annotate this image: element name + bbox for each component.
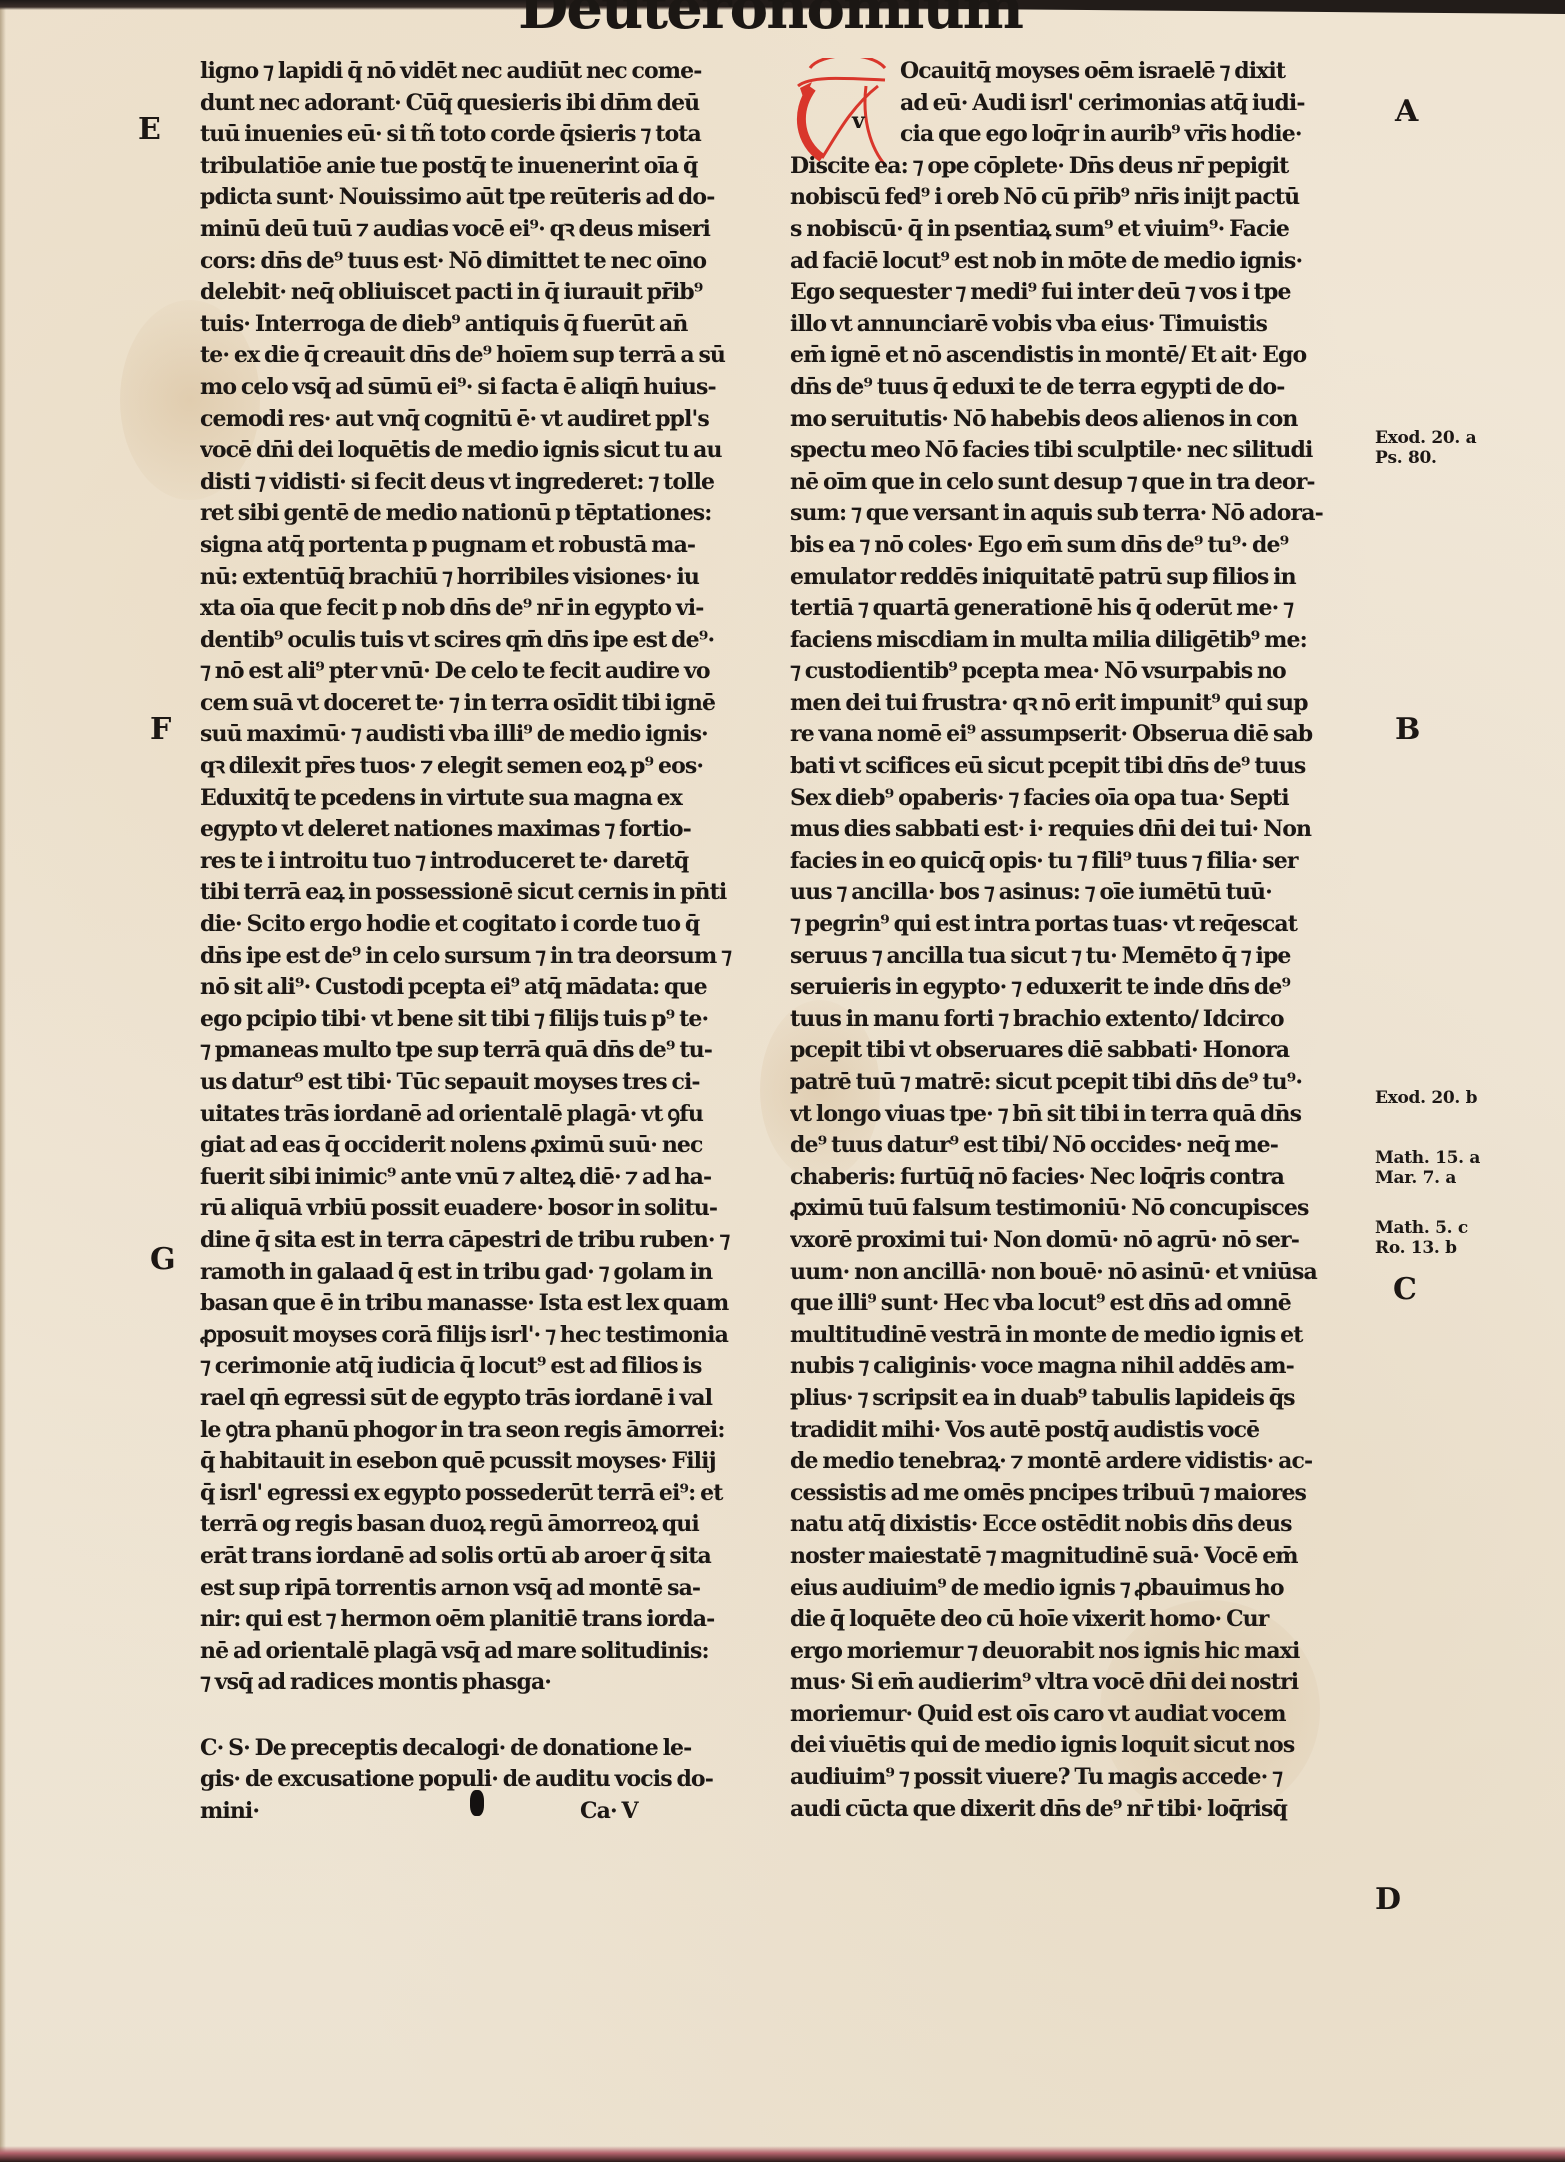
text-line: ret sibi gentē de medio nationū p tēptat… <box>200 498 765 530</box>
text-line: disti ⁊ vidisti· si fecit deus vt ingred… <box>200 467 765 499</box>
text-line: uitates trās iordanē ad orientalē plagā·… <box>200 1099 765 1131</box>
gloss-line: Math. 15. a <box>1375 1148 1480 1168</box>
text-line: terrā og regis basan duoꝝ regū āmorreoꝝ … <box>200 1509 765 1541</box>
text-line: uum· non ancillā· non bouē· nō asinū· et… <box>790 1257 1360 1289</box>
text-line: signa atq̄ portenta p pugnam et robustā … <box>200 530 765 562</box>
text-line: minū deū tuū ⁊ audias vocē ei⁹· qꝛ deus … <box>200 214 765 246</box>
text-line: audi cūcta que dixerit dn̄s de⁹ nr̄ tibi… <box>790 1794 1360 1826</box>
text-line: ad faciē locut⁹ est nob in mōte de medio… <box>790 246 1360 278</box>
text-line: tibi terrā eaꝝ in possessionē sicut cern… <box>200 877 765 909</box>
text-line: seruus ⁊ ancilla tua sicut ⁊ tu· Memēto … <box>790 941 1360 973</box>
summary-line: gis· de excusatione populi· de auditu vo… <box>200 1764 765 1796</box>
text-line: natu atq̄ dixistis· Ecce ostēdit nobis d… <box>790 1509 1360 1541</box>
chapter-number: Ca· V <box>200 1796 638 1828</box>
text-line: delebit· neq̄ obliuiscet pacti in q̄ iur… <box>200 277 765 309</box>
text-line: ligno ⁊ lapidi q̄ nō vidēt nec audiūt ne… <box>200 56 765 88</box>
text-line: ⁊ custodientib⁹ pcepta mea· Nō vsurpabis… <box>790 656 1360 688</box>
text-line: patrē tuū ⁊ matrē: sicut pcepit tibi dn̄… <box>790 1067 1360 1099</box>
text-line: s nobiscū· q̄ in psentiaꝝ sum⁹ et viuim⁹… <box>790 214 1360 246</box>
text-line: vt longo viuas tpe· ⁊ bn̄ sit tibi in te… <box>790 1099 1360 1131</box>
text-line: que illi⁹ sunt· Hec vba locut⁹ est dn̄s … <box>790 1288 1360 1320</box>
text-line: vocē dn̄i dei loquētis de medio ignis si… <box>200 435 765 467</box>
gloss-line: Mar. 7. a <box>1375 1168 1480 1188</box>
text-line: nō sit ali⁹· Custodi pcepta ei⁹ atq̄ mād… <box>200 972 765 1004</box>
text-line: le ꝯtra phanū phogor in tra seon regis ā… <box>200 1415 765 1447</box>
text-line: ꝓximū tuū falsum testimoniū· Nō concupis… <box>790 1193 1360 1225</box>
text-line: ⁊ nō est ali⁹ pter vnū· De celo te fecit… <box>200 656 765 688</box>
text-line: erāt trans iordanē ad solis ortū ab aroe… <box>200 1541 765 1573</box>
text-line: uus ⁊ ancilla· bos ⁊ asinus: ⁊ oīe iumēt… <box>790 877 1360 909</box>
right-text-column: Ocauitq̄ moyses oēm israelē ⁊ dixit ad e… <box>790 56 1360 1825</box>
ink-blot <box>470 1790 484 1816</box>
text-line: dentib⁹ oculis tuis vt scires qm̄ dn̄s i… <box>200 625 765 657</box>
text-line: ꝓposuit moyses corā filijs isrl'· ⁊ hec … <box>200 1320 765 1352</box>
text-line: ergo moriemur ⁊ deuorabit nos ignis hic … <box>790 1636 1360 1668</box>
text-line: emulator reddēs iniquitatē patrū sup fil… <box>790 562 1360 594</box>
text-line: pdicta sunt· Nouissimo aūt tpe reūteris … <box>200 182 765 214</box>
text-line: nū: extentūq̄ brachiū ⁊ horribiles visio… <box>200 562 765 594</box>
text-line: multitudinē vestrā in monte de medio ign… <box>790 1320 1360 1352</box>
chapter-summary: C· S· De preceptis decalogi· de donation… <box>200 1733 765 1828</box>
section-marker-c: C <box>1393 1272 1417 1307</box>
text-line: de medio tenebraꝝ· ⁊ montē ardere vidist… <box>790 1446 1360 1478</box>
text-line: Ocauitq̄ moyses oēm israelē ⁊ dixit <box>790 56 1360 88</box>
text-line: facies in eo quicq̄ opis· tu ⁊ fili⁹ tuu… <box>790 846 1360 878</box>
text-line: dn̄s ipe est de⁹ in celo sursum ⁊ in tra… <box>200 941 765 973</box>
text-line: re vana nomē ei⁹ assumpserit· Obserua di… <box>790 719 1360 751</box>
text-line: cessistis ad me omēs pncipes tribuū ⁊ ma… <box>790 1478 1360 1510</box>
text-line: q̄ isrl' egressi ex egypto possederūt te… <box>200 1478 765 1510</box>
section-marker-e: E <box>138 112 161 147</box>
text-line: mo seruitutis· Nō habebis deos alienos i… <box>790 404 1360 436</box>
running-head: Deuteronomium <box>460 0 1080 38</box>
text-line: ⁊ cerimonie atq̄ iudicia q̄ locut⁹ est a… <box>200 1351 765 1383</box>
text-line: noster maiestatē ⁊ magnitudinē suā· Vocē… <box>790 1541 1360 1573</box>
text-line: rū aliquā vrbiū possit euadere· bosor in… <box>200 1193 765 1225</box>
marginal-gloss: Math. 15. a Mar. 7. a <box>1375 1148 1480 1188</box>
text-line: cia que ego loq̄r in aurib⁹ vr̄is hodie· <box>790 119 1360 151</box>
text-line: Ego sequester ⁊ medi⁹ fui inter deū ⁊ vo… <box>790 277 1360 309</box>
text-line: cors: dn̄s de⁹ tuus est· Nō dimittet te … <box>200 246 765 278</box>
text-line: ⁊ pegrin⁹ qui est intra portas tuas· vt … <box>790 909 1360 941</box>
text-line: tuus in manu forti ⁊ brachio extento/ Id… <box>790 1004 1360 1036</box>
text-line: ad eū· Audi isrl' cerimonias atq̄ iudi- <box>790 88 1360 120</box>
text-line: us datur⁹ est tibi· Tūc sepauit moyses t… <box>200 1067 765 1099</box>
text-line: men dei tui frustra· qꝛ nō erit impunit⁹… <box>790 688 1360 720</box>
text-line: pcepit tibi vt obseruares diē sabbati· H… <box>790 1035 1360 1067</box>
manuscript-page: Deuteronomium v ligno ⁊ lapidi q̄ nō vid… <box>0 0 1565 2162</box>
text-line: spectu meo Nō facies tibi sculptile· nec… <box>790 435 1360 467</box>
left-text-column: ligno ⁊ lapidi q̄ nō vidēt nec audiūt ne… <box>200 56 765 1828</box>
text-line: est sup ripā torrentis arnon vsq̄ ad mon… <box>200 1573 765 1605</box>
text-line: res te i introitu tuo ⁊ introduceret te·… <box>200 846 765 878</box>
text-line: basan que ē in tribu manasse· Ista est l… <box>200 1288 765 1320</box>
section-marker-b: B <box>1395 712 1420 747</box>
text-line: suū maximū· ⁊ audisti vba illi⁹ de medio… <box>200 719 765 751</box>
gloss-line: Ro. 13. b <box>1375 1238 1468 1258</box>
text-line: te· ex die q̄ creauit dn̄s de⁹ hoīem sup… <box>200 340 765 372</box>
text-line: mo celo vsq̄ ad sūmū ei⁹· si facta ē ali… <box>200 372 765 404</box>
text-line: ramoth in galaad q̄ est in tribu gad· ⁊ … <box>200 1257 765 1289</box>
text-line: q̄ habitauit in esebon quē pcussit moyse… <box>200 1446 765 1478</box>
text-line: chaberis: furtūq̄ nō facies· Nec loq̄ris… <box>790 1162 1360 1194</box>
text-line: ego pcipio tibi· vt bene sit tibi ⁊ fili… <box>200 1004 765 1036</box>
gloss-line: Ps. 80. <box>1375 448 1476 468</box>
text-line: die q̄ loquēte deo cū hoīe vixerit homo·… <box>790 1604 1360 1636</box>
summary-line: C· S· De preceptis decalogi· de donation… <box>200 1733 765 1765</box>
text-line: dn̄s de⁹ tuus q̄ eduxi te de terra egypt… <box>790 372 1360 404</box>
text-line: dei viuētis qui de medio ignis loquit si… <box>790 1730 1360 1762</box>
text-line: plius· ⁊ scripsit ea in duab⁹ tabulis la… <box>790 1383 1360 1415</box>
text-line: nē oīm que in celo sunt desup ⁊ que in t… <box>790 467 1360 499</box>
text-line: tradidit mihi· Vos autē postq̄ audistis … <box>790 1415 1360 1447</box>
section-marker-g: G <box>150 1242 176 1277</box>
text-line: sum: ⁊ que versant in aquis sub terra· N… <box>790 498 1360 530</box>
text-line: nubis ⁊ caliginis· voce magna nihil addē… <box>790 1351 1360 1383</box>
text-line: Eduxitq̄ te pcedens in virtute sua magna… <box>200 783 765 815</box>
text-line: nir: qui est ⁊ hermon oēm planitiē trans… <box>200 1604 765 1636</box>
text-line: tribulatiōe anie tue postq̄ te inuenerin… <box>200 151 765 183</box>
marginal-gloss: Exod. 20. a Ps. 80. <box>1375 428 1476 468</box>
text-line: em̄ ignē et nō ascendistis in montē/ Et … <box>790 340 1360 372</box>
text-line: ⁊ pmaneas multo tpe sup terrā quā dn̄s d… <box>200 1035 765 1067</box>
text-line: dine q̄ sita est in terra cāpestri de tr… <box>200 1225 765 1257</box>
text-line: fuerit sibi inimic⁹ ante vnū ⁊ alteꝝ diē… <box>200 1162 765 1194</box>
section-marker-d: D <box>1375 1882 1401 1917</box>
text-line: dunt nec adorant· Cūq̄ quesieris ibi dn̄… <box>200 88 765 120</box>
text-line: mus dies sabbati est· i· requies dn̄i de… <box>790 814 1360 846</box>
text-line: Sex dieb⁹ opaberis· ⁊ facies oīa opa tua… <box>790 783 1360 815</box>
text-line: de⁹ tuus datur⁹ est tibi/ Nō occides· ne… <box>790 1130 1360 1162</box>
text-line: illo vt annunciarē vobis vba eius· Timui… <box>790 309 1360 341</box>
text-line: tertiā ⁊ quartā generationē his q̄ oderū… <box>790 593 1360 625</box>
text-line: audiuim⁹ ⁊ possit viuere? Tu magis acced… <box>790 1762 1360 1794</box>
text-line: bis ea ⁊ nō coles· Ego em̄ sum dn̄s de⁹ … <box>790 530 1360 562</box>
text-line: ⁊ vsq̄ ad radices montis phasga· <box>200 1667 765 1699</box>
section-marker-f: F <box>150 712 171 747</box>
gloss-line: Math. 5. c <box>1375 1218 1468 1238</box>
text-line: eius audiuim⁹ de medio ignis ⁊ ꝓbauimus … <box>790 1573 1360 1605</box>
text-line: nobiscū fed⁹ i oreb Nō cū pr̄ib⁹ nr̄is i… <box>790 182 1360 214</box>
text-line: xta oīa que fecit p nob dn̄s de⁹ nr̄ in … <box>200 593 765 625</box>
text-line: vxorē proximi tui· Non domū· nō agrū· nō… <box>790 1225 1360 1257</box>
text-line: tuū inuenies eū· si tñ toto corde q̄sier… <box>200 119 765 151</box>
body-text: ligno ⁊ lapidi q̄ nō vidēt nec audiūt ne… <box>200 56 765 1699</box>
text-line: egypto vt deleret nationes maximas ⁊ for… <box>200 814 765 846</box>
text-line: mus· Si em̄ audierim⁹ vltra vocē dn̄i de… <box>790 1667 1360 1699</box>
text-line: bati vt scifices eū sicut pcepit tibi dn… <box>790 751 1360 783</box>
text-line: faciens miscdiam in multa milia diligēti… <box>790 625 1360 657</box>
gloss-line: Exod. 20. b <box>1375 1088 1477 1108</box>
text-line: cemodi res· aut vnq̄ cognitū ē· vt audir… <box>200 404 765 436</box>
text-line: giat ad eas q̄ occiderit nolens ꝓximū su… <box>200 1130 765 1162</box>
marginal-gloss: Exod. 20. b <box>1375 1088 1477 1108</box>
marginal-gloss: Math. 5. c Ro. 13. b <box>1375 1218 1468 1258</box>
text-line: seruieris in egypto· ⁊ eduxerit te inde … <box>790 972 1360 1004</box>
text-line: cem suā vt doceret te· ⁊ in terra osīdit… <box>200 688 765 720</box>
section-gap <box>200 1699 765 1733</box>
text-line: rael qn̄ egressi sūt de egypto trās iord… <box>200 1383 765 1415</box>
section-marker-a: A <box>1395 94 1418 129</box>
text-line: die· Scito ergo hodie et cogitato i cord… <box>200 909 765 941</box>
text-line: qꝛ dilexit pr̄es tuos· ⁊ elegit semen eo… <box>200 751 765 783</box>
text-line: Discite ea: ⁊ ope cōplete· Dn̄s deus nr̄… <box>790 151 1360 183</box>
page-bottom-edge <box>0 2146 1565 2162</box>
text-line: tuis· Interroga de dieb⁹ antiquis q̄ fue… <box>200 309 765 341</box>
page-left-edge <box>0 0 6 2162</box>
gloss-line: Exod. 20. a <box>1375 428 1476 448</box>
text-line: moriemur· Quid est oīs caro vt audiat vo… <box>790 1699 1360 1731</box>
text-line: nē ad orientalē plagā vsq̄ ad mare solit… <box>200 1636 765 1668</box>
